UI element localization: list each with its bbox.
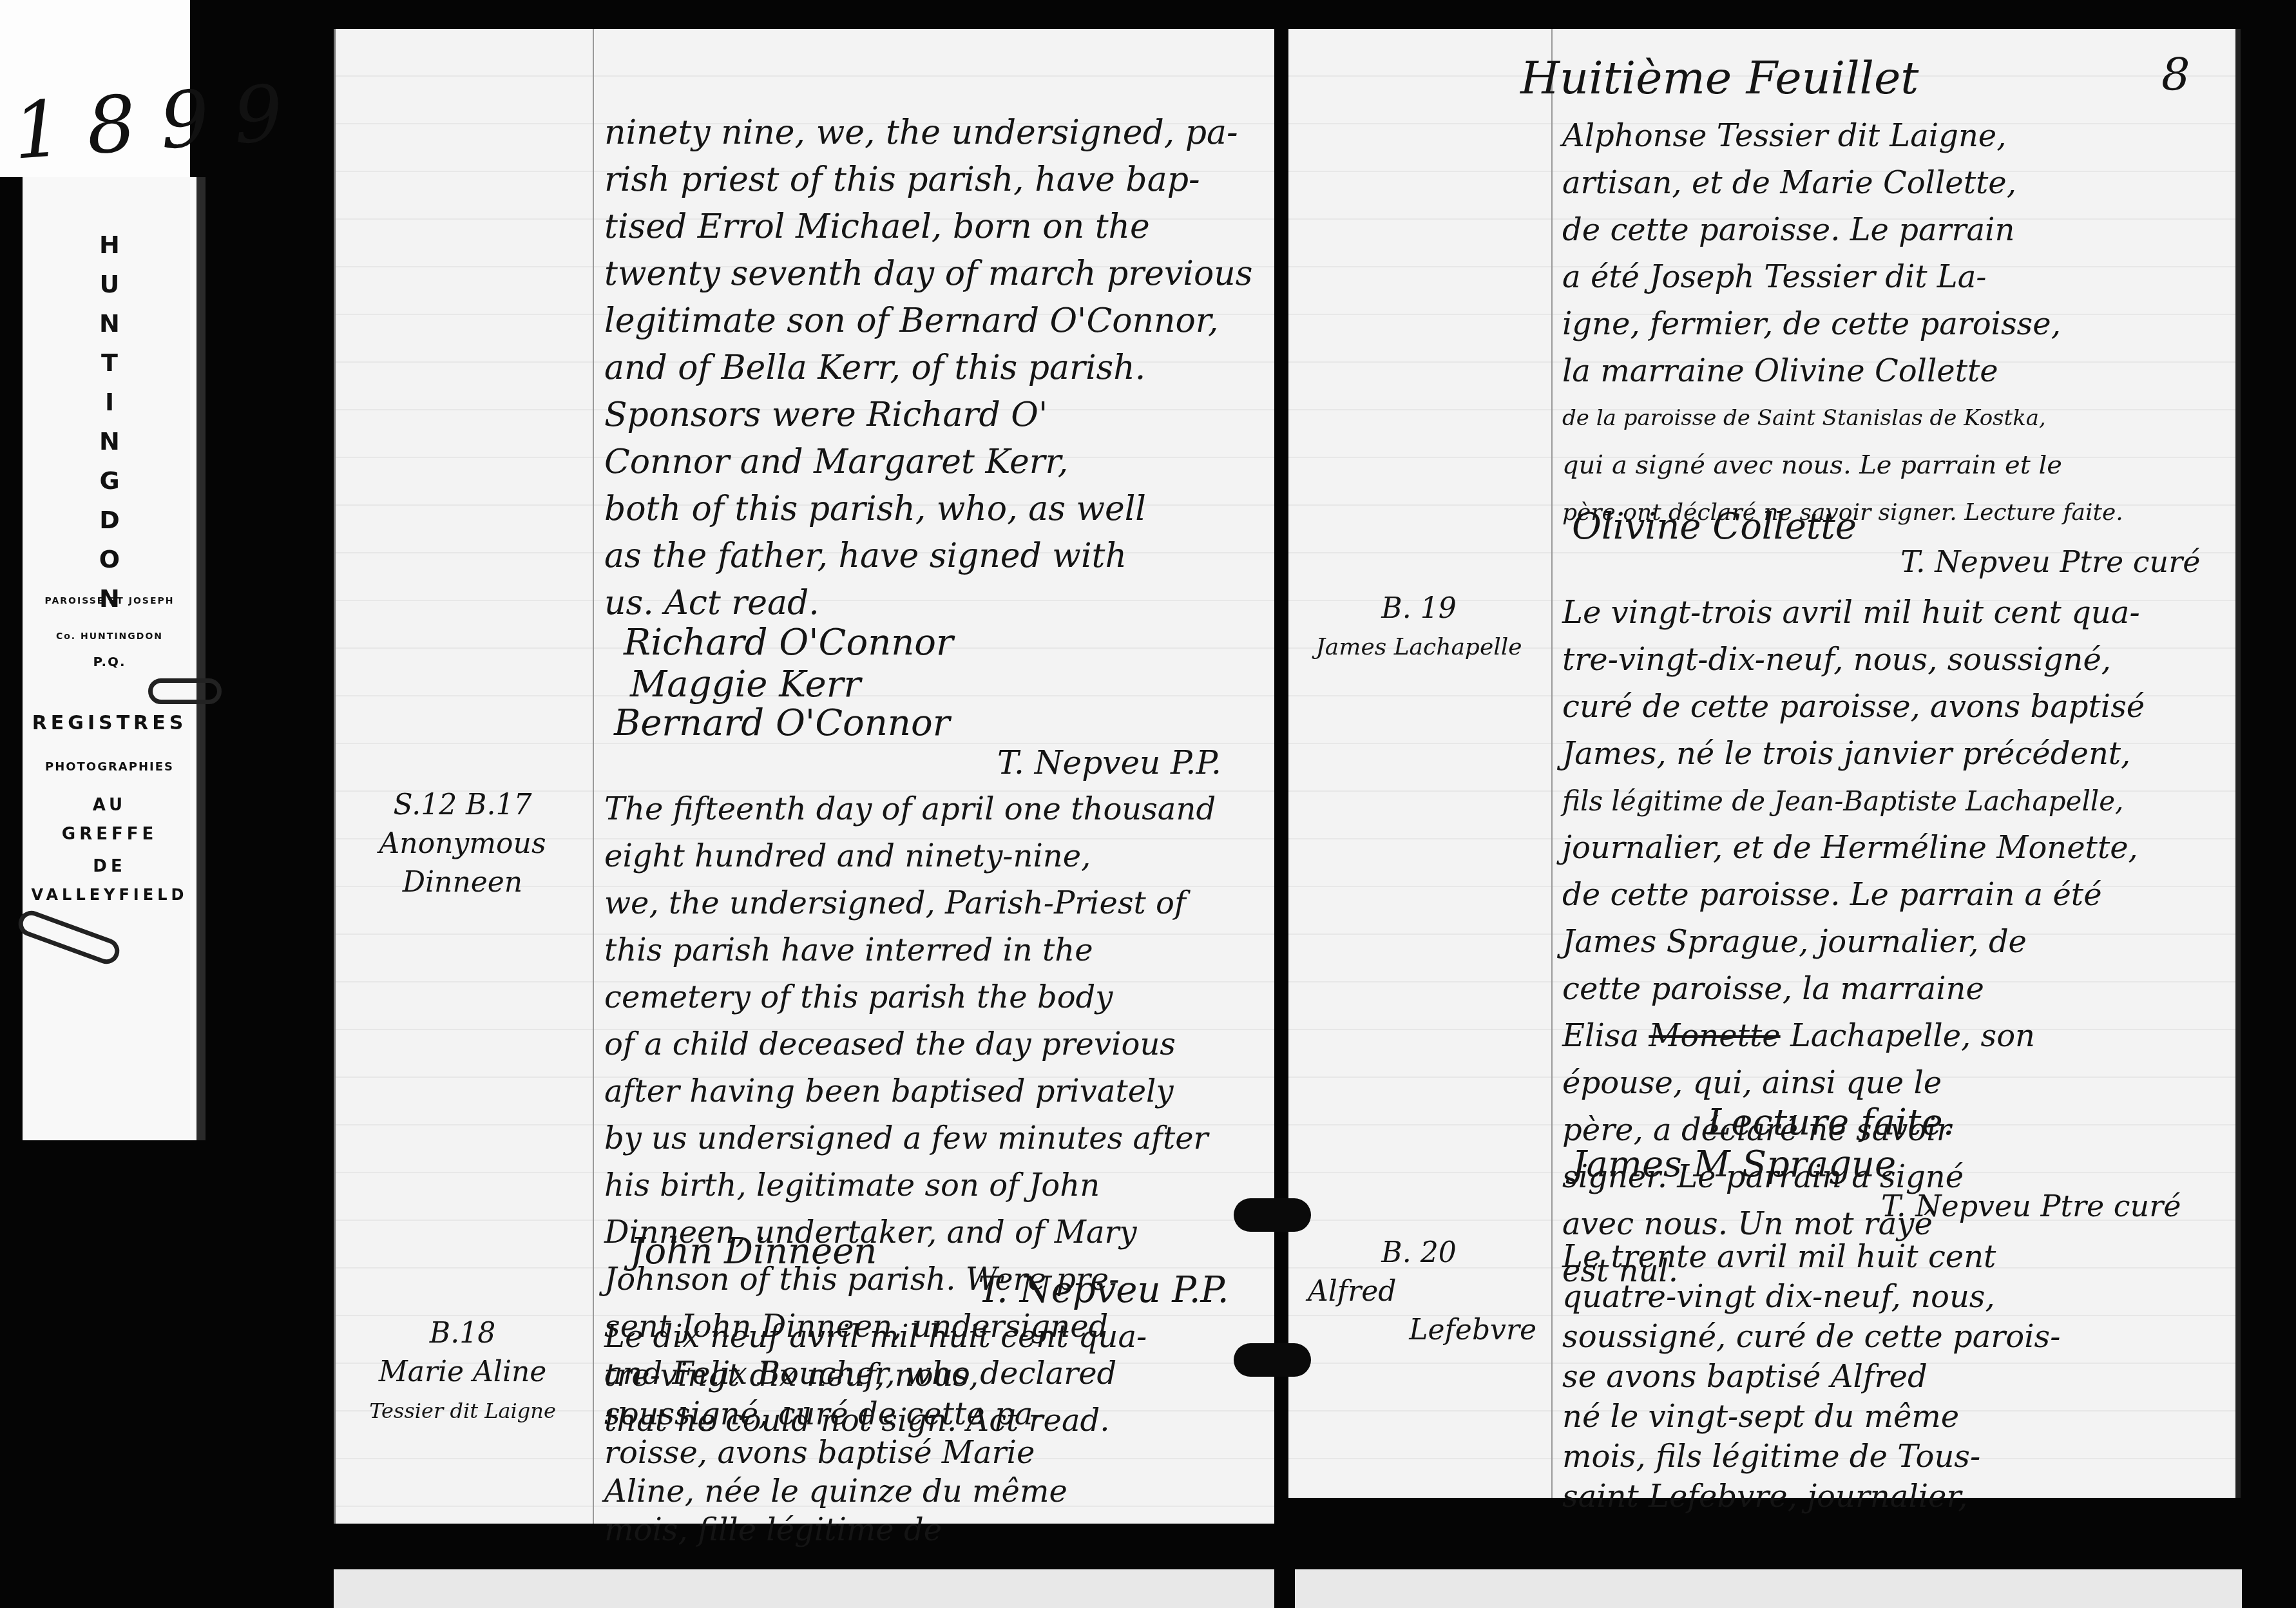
text-line: journalier, et de Herméline Monette, xyxy=(1562,825,2145,872)
title-letter: N xyxy=(23,304,196,343)
paperclip-icon xyxy=(148,678,222,704)
register-page-left: ninety nine, we, the undersigned, pa- ri… xyxy=(334,29,1274,1524)
struck-word: Monette xyxy=(1649,1018,1780,1054)
text-line: ninety nine, we, the undersigned, pa- xyxy=(604,110,1252,157)
title-letter: O xyxy=(23,540,196,579)
signature: Bernard O'Connor xyxy=(614,702,950,744)
page-edge xyxy=(334,29,336,1524)
entry-name: Marie Aline xyxy=(334,1353,591,1392)
entry-continuation: ninety nine, we, the undersigned, pa- ri… xyxy=(604,110,1252,627)
text-line: roisse, avons baptisé Marie xyxy=(604,1433,1147,1472)
margin-rule xyxy=(1551,29,1553,1498)
text-line: twenty seventh day of march previous xyxy=(604,251,1252,298)
entry-margin-note: S.12 B.17 Anonymous Dinneen xyxy=(334,786,591,902)
page-header: Huitième Feuillet xyxy=(1520,52,1918,104)
text-line: soussigné, curé de cette parois- xyxy=(1562,1317,2060,1357)
text-line: saint Lefebvre, journalier, xyxy=(1562,1477,2060,1517)
note-line: REGISTRES xyxy=(23,712,196,734)
note-line: AU xyxy=(23,796,196,815)
text-line: eight hundred and ninety-nine, xyxy=(604,833,1216,880)
text-line: Le dix neuf avril mil huit cent qua- xyxy=(604,1317,1147,1356)
entry-margin-note: B. 19 James Lachapelle xyxy=(1288,589,1549,667)
text-line: épouse, qui, ainsi que le xyxy=(1562,1060,2145,1107)
county-label: Co. HUNTINGDON xyxy=(23,631,196,642)
text-line: quatre-vingt dix-neuf, nous, xyxy=(1562,1277,2060,1317)
page-number: 8 xyxy=(2161,48,2190,101)
signature: John Dinneen xyxy=(630,1230,877,1272)
text-fragment: Lachapelle, son xyxy=(1790,1018,2035,1054)
text-line: Aline, née le quinze du même xyxy=(604,1472,1147,1511)
text-line: la marraine Olivine Collette xyxy=(1562,348,2123,395)
binding-clip-icon xyxy=(1234,1198,1311,1232)
text-line: The fifteenth day of april one thousand xyxy=(604,786,1216,833)
register-page-right: Huitième Feuillet 8 Alphonse Tessier dit… xyxy=(1288,29,2241,1498)
margin-rule xyxy=(593,29,594,1524)
entry-continuation: Alphonse Tessier dit Laigne, artisan, et… xyxy=(1562,113,2123,536)
entry-number: B. 19 xyxy=(1288,589,1549,628)
title-letter: T xyxy=(23,343,196,383)
text-line: James Sprague, journalier, de xyxy=(1562,919,2145,966)
underlying-page-right xyxy=(1295,1569,2242,1608)
text-line: soussigné, curé de cette pa- xyxy=(604,1395,1147,1433)
title-letter: I xyxy=(23,383,196,422)
year-label: 1899 xyxy=(10,67,311,177)
archive-label-card: H U N T I N G D O N PAROISSE ST JOSEPH C… xyxy=(23,177,206,1140)
signature: Olivine Collette xyxy=(1572,506,1857,548)
text-line: curé de cette paroisse, avons baptisé xyxy=(1562,684,2145,731)
text-line: both of this parish, who, as well xyxy=(604,486,1252,533)
entry-name: James Lachapelle xyxy=(1288,628,1549,667)
text-line: tre-vingt dix neuf, nous, xyxy=(604,1356,1147,1395)
text-line: de cette paroisse. Le parrain xyxy=(1562,207,2123,254)
page-edge xyxy=(2235,29,2241,1498)
text-line: we, the undersigned, Parish-Priest of xyxy=(604,880,1216,927)
text-line: de la paroisse de Saint Stanislas de Kos… xyxy=(1562,395,2123,442)
signature: Richard O'Connor xyxy=(624,622,953,664)
entry-margin-note: B.18 Marie Aline Tessier dit Laigne xyxy=(334,1314,591,1430)
province-label: P.Q. xyxy=(23,654,196,669)
text-line: né le vingt-sept du même xyxy=(1562,1397,2060,1437)
text-fragment: Elisa xyxy=(1562,1018,1639,1054)
text-line: tised Errol Michael, born on the xyxy=(604,204,1252,251)
text-line: se avons baptisé Alfred xyxy=(1562,1357,2060,1397)
text-line: de cette paroisse. Le parrain a été xyxy=(1562,872,2145,919)
priest-signature: T. Nepveu Ptre curé xyxy=(1881,1189,2181,1223)
entry-name: Lefebvre xyxy=(1288,1311,1549,1350)
entry-margin-note: B. 20 Alfred Lefebvre xyxy=(1288,1234,1549,1350)
text-line: his birth, legitimate son of John xyxy=(604,1162,1216,1209)
text-line: Alphonse Tessier dit Laigne, xyxy=(1562,113,2123,160)
text-line: rish priest of this parish, have bap- xyxy=(604,157,1252,204)
text-line: mois, fils légitime de Tous- xyxy=(1562,1437,2060,1477)
binding-clip-icon xyxy=(1234,1343,1311,1377)
title-letter: D xyxy=(23,501,196,540)
text-line: Connor and Margaret Kerr, xyxy=(604,439,1252,486)
priest-signature: T. Nepveu P.P. xyxy=(978,1269,1229,1311)
text-line: Le trente avril mil huit cent xyxy=(1562,1237,2060,1277)
text-line: fils légitime de Jean-Baptiste Lachapell… xyxy=(1562,778,2145,825)
vertical-title: H U N T I N G D O N xyxy=(23,225,196,618)
title-letter: U xyxy=(23,265,196,304)
entry-b20-body: Le trente avril mil huit cent quatre-vin… xyxy=(1562,1237,2060,1517)
parish-label: PAROISSE ST JOSEPH xyxy=(23,596,196,606)
entry-name: Anonymous xyxy=(334,825,591,863)
title-letter: G xyxy=(23,461,196,501)
text-line: Sponsors were Richard O' xyxy=(604,392,1252,439)
entry-number: S.12 B.17 xyxy=(334,786,591,825)
priest-signature: T. Nepveu Ptre curé xyxy=(1900,544,2200,579)
text-line: this parish have interred in the xyxy=(604,927,1216,974)
title-letter: N xyxy=(23,422,196,461)
text-line: cemetery of this parish the body xyxy=(604,974,1216,1021)
entry-b18-body: Le dix neuf avril mil huit cent qua- tre… xyxy=(604,1317,1147,1549)
text-line: igne, fermier, de cette paroisse, xyxy=(1562,301,2123,348)
entry-name: Tessier dit Laigne xyxy=(334,1392,591,1430)
text-line: a été Joseph Tessier dit La- xyxy=(1562,254,2123,301)
text-line: Elisa Monette Lachapelle, son xyxy=(1562,1013,2145,1060)
year-card: 1899 xyxy=(0,0,190,177)
text-line: by us undersigned a few minutes after xyxy=(604,1115,1216,1162)
note-line: PHOTOGRAPHIES xyxy=(23,760,196,774)
note-line: VALLEYFIELD xyxy=(23,886,196,904)
text-line: tre-vingt-dix-neuf, nous, soussigné, xyxy=(1562,636,2145,684)
text-line: legitimate son of Bernard O'Connor, xyxy=(604,298,1252,345)
text-line: artisan, et de Marie Collette, xyxy=(1562,160,2123,207)
entry-number: B. 20 xyxy=(1288,1234,1549,1272)
priest-signature: T. Nepveu P.P. xyxy=(997,744,1221,781)
text-line: cette paroisse, la marraine xyxy=(1562,966,2145,1013)
note-line: GREFFE xyxy=(23,825,196,844)
paperclip-icon xyxy=(15,907,123,968)
text-line: mois, fille légitime de xyxy=(604,1511,1147,1549)
signature: James M Sprague xyxy=(1572,1144,1896,1185)
underlying-page-left xyxy=(334,1569,1274,1608)
title-letter: H xyxy=(23,225,196,265)
note-line: DE xyxy=(23,857,196,876)
closing-text: Lecture faite. xyxy=(1707,1102,1954,1144)
text-line: James, né le trois janvier précédent, xyxy=(1562,731,2145,778)
text-line: Le vingt-trois avril mil huit cent qua- xyxy=(1562,589,2145,636)
entry-name: Dinneen xyxy=(334,863,591,902)
entry-number: B.18 xyxy=(334,1314,591,1353)
signature: Maggie Kerr xyxy=(630,664,861,705)
text-line: after having been baptised privately xyxy=(604,1068,1216,1115)
text-line: qui a signé avec nous. Le parrain et le xyxy=(1562,442,2123,489)
text-line: and of Bella Kerr, of this parish. xyxy=(604,345,1252,392)
text-line: of a child deceased the day previous xyxy=(604,1021,1216,1068)
text-line: as the father, have signed with xyxy=(604,533,1252,580)
text-line: us. Act read. xyxy=(604,580,1252,627)
entry-name: Alfred xyxy=(1288,1272,1549,1311)
